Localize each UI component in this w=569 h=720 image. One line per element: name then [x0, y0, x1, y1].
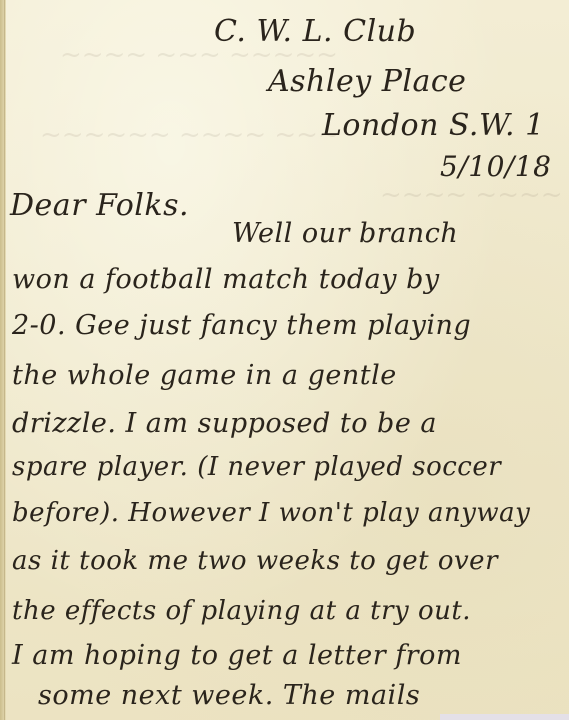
letter-line: as it took me two weeks to get over — [12, 546, 498, 576]
letter-line: won a football match today by — [12, 264, 440, 295]
letterhead-street: Ashley Place — [268, 64, 466, 99]
bleed-through-text: ~~~~~~ ~~~~ ~~~ — [40, 120, 340, 150]
letter-line: Well our branch — [232, 218, 458, 249]
page-fold-line — [4, 0, 5, 720]
letter-date: 5/10/18 — [440, 150, 551, 183]
letter-page: ~~~~ ~~~ ~~~~~ ~~~~~~ ~~~~ ~~~ ~~~~ ~~~~… — [0, 0, 569, 720]
letterhead-city: London S.W. 1 — [322, 108, 545, 143]
letter-line: the whole game in a gentle — [12, 360, 397, 391]
letter-line: the effects of playing at a try out. — [12, 596, 471, 626]
letter-line: I am hoping to get a letter from — [12, 640, 462, 671]
letter-line: before). However I won't play anyway — [12, 498, 530, 528]
letter-line: 2-0. Gee just fancy them playing — [12, 310, 471, 341]
salutation: Dear Folks. — [10, 188, 189, 223]
letter-line: some next week. The mails — [38, 680, 420, 711]
page-binding-edge — [0, 0, 6, 720]
bleed-through-text: ~~~~ ~~~~ — [380, 180, 563, 210]
scan-bottom-edge — [440, 714, 569, 720]
letterhead-club: C. W. L. Club — [214, 14, 416, 49]
letter-line: drizzle. I am supposed to be a — [12, 408, 437, 439]
letter-line: spare player. (I never played soccer — [12, 452, 501, 482]
